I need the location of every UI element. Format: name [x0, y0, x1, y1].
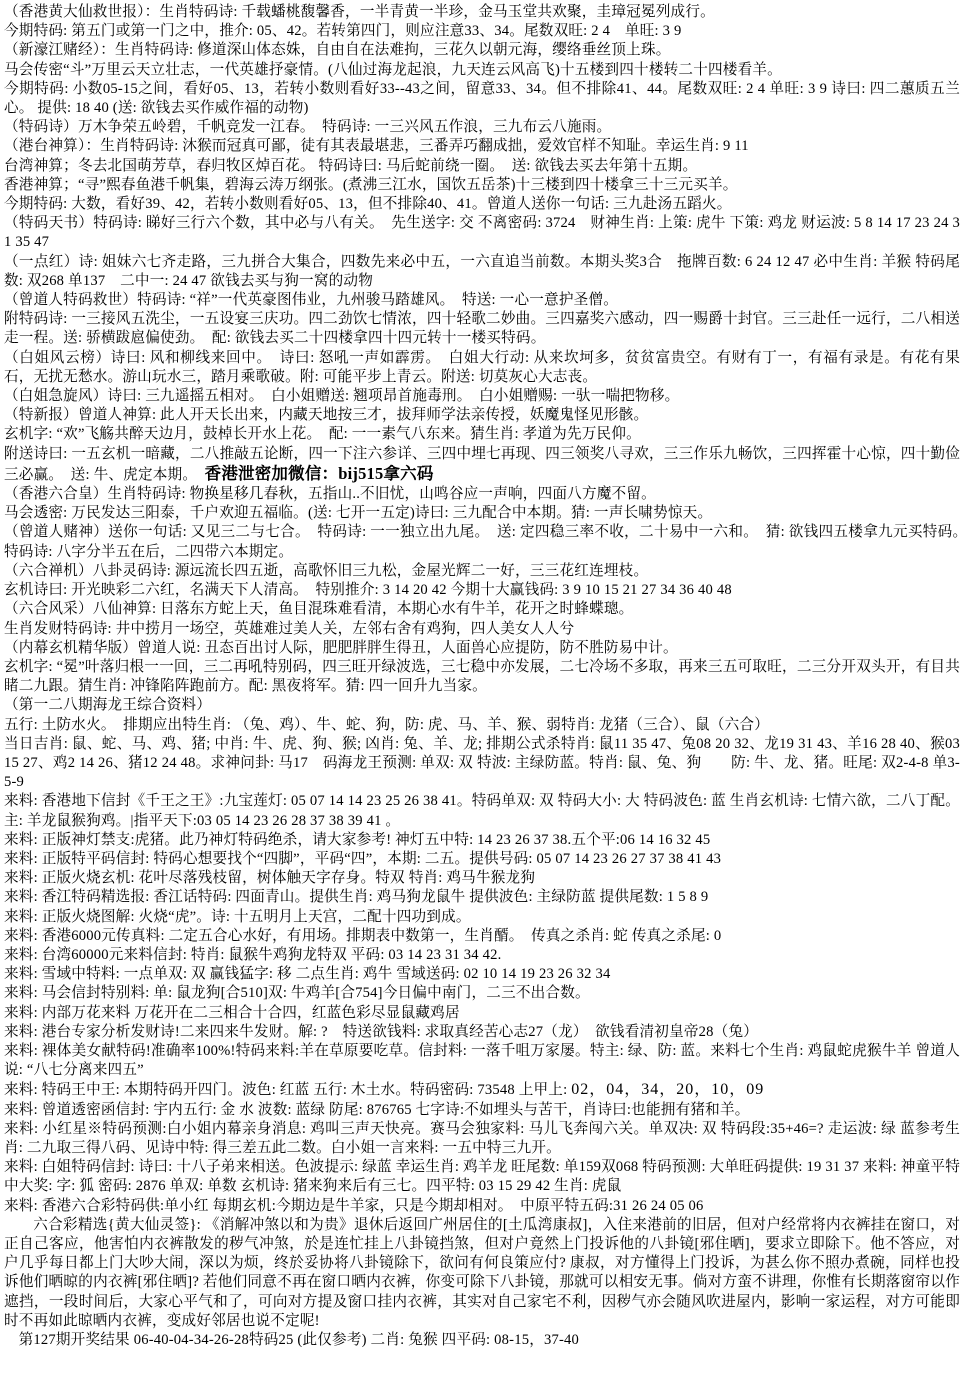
text-segment: （曾道人特码救世）特码诗: “祥”一代英豪图伟业，九州骏马踏雄风。 特送: 一心… — [4, 292, 618, 308]
text-segment: 来料: 香江特码精选报: 香江话特码: 四面青山。提供生肖: 鸡马狗龙鼠牛 提供… — [4, 889, 708, 905]
text-segment: （曾道人赌神）送你一句话: 又见三二与七合。 特码诗: 一一独立出九尾。 送: … — [4, 524, 964, 559]
paragraph: 今期特码: 小数05-15之间，看好05、13，若转小数则看好33--43之间，… — [4, 80, 960, 118]
paragraph: 来料: 台湾60000元来料信封: 特肖: 鼠猴牛鸡狗龙特双 平码: 03 14… — [4, 946, 960, 965]
paragraph: （六合风采）八仙神算: 日落东方蛇上天，鱼目混珠难看清，本期心水有牛羊，花开之时… — [4, 600, 960, 619]
paragraph: 香港神算；“寻”熙春鱼港千帆集，碧海云涛万纲张。(煮沸三江水，国饮五岳茶)十三楼… — [4, 176, 960, 195]
text-segment: 来料: 香港6000元传真料: 二定五合心水好，有用场。排期表中数第一，生肖醑。… — [4, 928, 721, 944]
text-segment: 来料: 港台专家分析发财诗!二来四来牛发财。解: ? 特送欲钱料: 求取真经苦心… — [4, 1024, 758, 1040]
paragraph: 来料: 港台专家分析发财诗!二来四来牛发财。解: ? 特送欲钱料: 求取真经苦心… — [4, 1023, 960, 1042]
text-segment: 来料: 香港地下信封《千王之王》:九宝莲灯: 05 07 14 14 23 25… — [4, 793, 960, 828]
text-segment: 来料: 白姐特码信封: 诗曰: 十八子弟来相送。色波提示: 绿蓝 幸运生肖: 鸡… — [4, 1159, 960, 1194]
text-segment: 台湾神算；冬去北国萌芳草，春归牧区焯百花。 特码诗曰: 马后蛇前绕一圈。 送: … — [4, 158, 697, 174]
paragraph: 今期特码: 第五门或第一门之中，推介: 05、42。若转第四门，则应注意33、3… — [4, 22, 960, 41]
document-body: （香港黄大仙救世报）：生肖特码诗: 千载蟠桃馥馨香，一半青黄一半珍，金马玉堂共欢… — [0, 0, 964, 1350]
paragraph: （六合禅机）八卦灵码诗: 源远流长四五逝，高歌怀旧三九松，金屋光辉二一好，三三花… — [4, 562, 960, 581]
paragraph: 台湾神算；冬去北国萌芳草，春归牧区焯百花。 特码诗曰: 马后蛇前绕一圈。 送: … — [4, 157, 960, 176]
paragraph: （新濠江赌经）：生肖特码诗: 修道深山体态姝，自由自在法难拘，三花久以朝元海，缨… — [4, 41, 960, 60]
paragraph: 第127期开奖结果 06-40-04-34-26-28特码25 (此仅参考) 二… — [4, 1331, 960, 1350]
paragraph: 来料: 内部万花来料 万花开在二三相合十合四，红蓝色彩尽显鼠藏鸡居 — [4, 1004, 960, 1023]
text-segment: 第127期开奖结果 06-40-04-34-26-28特码25 (此仅参考) 二… — [19, 1332, 579, 1348]
paragraph: 马会透密: 万民发达三阳泰，千户欢迎五福临。(送: 七开一五定)诗曰: 三九配合… — [4, 504, 960, 523]
text-segment: 六合彩精选{黄大仙灵签}: 《消解冲煞以和为贵》退休后返回广州居住的[土瓜湾康叔… — [4, 1217, 960, 1329]
text-segment: 生肖发财特码诗: 井中捞月一场空，英雄难过美人关，左邻右舍有鸡狗，四人美女人人兮 — [4, 621, 574, 637]
text-segment: （第一二八期海龙王综合资料） — [4, 697, 211, 713]
text-segment: 今期特码: 小数05-15之间，看好05、13，若转小数则看好33--43之间，… — [4, 81, 960, 116]
paragraph: 来料: 正版特平码信封: 特码心想要找个“四脚”，平码“四”，本期: 二五。提供… — [4, 850, 960, 869]
paragraph: 来料: 香港六合彩特码供:单小红 每期玄机:今期边是牛羊家，只是今期却相对。 中… — [4, 1197, 960, 1216]
paragraph: 来料: 裸体美女献特码!准确率100%!特码来料:羊在草原要吃草。信封料: 一落… — [4, 1042, 960, 1080]
paragraph: 来料: 香江特码精选报: 香江话特码: 四面青山。提供生肖: 鸡马狗龙鼠牛 提供… — [4, 888, 960, 907]
paragraph: 来料: 香港6000元传真料: 二定五合心水好，有用场。排期表中数第一，生肖醑。… — [4, 927, 960, 946]
text-segment: 来料: 正版火烧图解: 火烧“虎”。诗: 十五明月上天宫，二配十四功到成。 — [4, 909, 471, 925]
paragraph: 玄机诗曰: 开光映彩二六红，名满天下人清高。 特别推介: 3 14 20 42 … — [4, 581, 960, 600]
text-segment: 来料: 马会信封特别料: 单: 鼠龙狗[合510]双: 牛鸡羊[合754]今日偏… — [4, 985, 590, 1001]
paragraph: 来料: 白姐特码信封: 诗曰: 十八子弟来相送。色波提示: 绿蓝 幸运生肖: 鸡… — [4, 1158, 960, 1196]
text-segment: （六合风采）八仙神算: 日落东方蛇上天，鱼目混珠难看清，本期心水有牛羊，花开之时… — [4, 601, 633, 617]
text-segment: （港台神算）：生肖特码诗: 沐猴而冠真可鄙，徒有其表最堪悲，三番弄巧翻成拙，爱效… — [4, 138, 749, 154]
paragraph: 来料: 香港地下信封《千王之王》:九宝莲灯: 05 07 14 14 23 25… — [4, 792, 960, 830]
text-segment: 马会透密: 万民发达三阳泰，千户欢迎五福临。(送: 七开一五定)诗曰: 三九配合… — [4, 505, 712, 521]
paragraph: （一点红）诗: 姐妹六七齐走路，三九拼合大集合，四数先来必中五，一六直追当前数。… — [4, 253, 960, 291]
paragraph: （内幕玄机精华版）曾道人说: 丑态百出讨人际，肥肥胖胖生得丑，人面兽心应提防，防… — [4, 639, 960, 658]
text-segment: （特新报）曾道人神算: 此人开天长出来，内藏天地按三才，拔拜师学法亲传授，妖魔鬼… — [4, 407, 648, 423]
text-segment: 玄机字: “冕”叶落归根一一回，三二再吼特别码，四三旺开绿波选，三七稳中亦发展，… — [4, 659, 960, 694]
text-segment: 当日吉肖: 鼠、蛇、马、鸡、猪; 中肖: 牛、虎、狗、猴; 凶肖: 兔、羊、龙;… — [4, 736, 960, 790]
text-segment: （特码天书）特码诗: 睇好三行六个数，其中必与八有关。 先生送字: 交 不离密码… — [4, 215, 960, 250]
text-segment: 来料: 小红星※特码预测:白小姐内幕亲身消息: 鸡叫三声天快亮。赛马会独家料: … — [4, 1121, 960, 1156]
text-segment: 五行: 土防水火。 排期应出特生肖: （兔、鸡）、牛、蛇、狗，防: 虎、马、羊、… — [4, 717, 769, 733]
paragraph: （特新报）曾道人神算: 此人开天长出来，内藏天地按三才，拔拜师学法亲传授，妖魔鬼… — [4, 406, 960, 425]
paragraph: 来料: 曾道透密函信封: 宇内五行: 金 水 波数: 蓝绿 防尾: 876765… — [4, 1101, 960, 1120]
text-segment: （白姐风云榜）诗曰: 风和柳线来回中。 诗曰: 怒吼一声如霹雳。 白姐大行动: … — [4, 350, 960, 385]
text-segment: （新濠江赌经）：生肖特码诗: 修道深山体态姝，自由自在法难拘，三花久以朝元海，缨… — [4, 42, 671, 58]
paragraph: 来料: 特码王中王: 本期特码开四门。波色: 红蓝 五行: 木土水。特码密码: … — [4, 1080, 960, 1100]
paragraph: 附特码诗: 一三接风五洗尘，一五设宴三庆功。四二劲饮七情浓，四十轻歌二妙曲。三四… — [4, 310, 960, 348]
text-segment: 来料: 雪域中特料: 一点单双: 双 赢钱猛字: 移 二点生肖: 鸡牛 雪域送码… — [4, 966, 611, 982]
paragraph: 附送诗曰: 一五玄机一暗藏，二八推敲五论断，四一下注六参详、三四中埋七再现、四三… — [4, 445, 960, 485]
paragraph: 来料: 正版火烧玄机: 花叶尽落残枝留，树体触天字存身。特双 特肖: 鸡马牛猴龙… — [4, 869, 960, 888]
paragraph: （香港六合皇）生肖特码诗: 物换星移几春秋，五指山..不旧忧，山鸣谷应一声响，四… — [4, 485, 960, 504]
paragraph: （曾道人赌神）送你一句话: 又见三二与七合。 特码诗: 一一独立出九尾。 送: … — [4, 523, 960, 561]
text-segment: 香港神算；“寻”熙春鱼港千帆集，碧海云涛万纲张。(煮沸三江水，国饮五岳茶)十三楼… — [4, 177, 738, 193]
text-segment: 来料: 裸体美女献特码!准确率100%!特码来料:羊在草原要吃草。信封料: 一落… — [4, 1043, 960, 1078]
text-segment: （六合禅机）八卦灵码诗: 源远流长四五逝，高歌怀旧三九松，金屋光辉二一好，三三花… — [4, 563, 648, 579]
paragraph: （特码天书）特码诗: 睇好三行六个数，其中必与八有关。 先生送字: 交 不离密码… — [4, 214, 960, 252]
text-segment: （内幕玄机精华版）曾道人说: 丑态百出讨人际，肥肥胖胖生得丑，人面兽心应提防，防… — [4, 640, 678, 656]
text-segment: 附送诗曰: 一五玄机一暗藏，二八推敲五论断，四一下注六参详、三四中埋七再现、四三… — [4, 446, 960, 483]
paragraph: 今期特码: 大数，看好39、42，若转小数则看好05、13，但不排除40、41。… — [4, 195, 960, 214]
paragraph: 玄机字: “欢”飞觞共醉天边月，鼓棹长开水上花。 配: 一一素气八东来。猜生肖:… — [4, 425, 960, 444]
paragraph: 玄机字: “冕”叶落归根一一回，三二再吼特别码，四三旺开绿波选，三七稳中亦发展，… — [4, 658, 960, 696]
text-segment: 来料: 香港六合彩特码供:单小红 每期玄机:今期边是牛羊家，只是今期却相对。 中… — [4, 1198, 704, 1214]
text-segment: 来料: 特码王中王: 本期特码开四门。波色: 红蓝 五行: 木土水。特码密码: … — [4, 1082, 571, 1098]
text-segment: 来料: 正版神灯禁支:虎猪。此乃神灯特码绝杀，请大家参考! 神灯五中特: 14 … — [4, 832, 710, 848]
paragraph: 生肖发财特码诗: 井中捞月一场空，英雄难过美人关，左邻右舍有鸡狗，四人美女人人兮 — [4, 620, 960, 639]
text-segment: 来料: 正版特平码信封: 特码心想要找个“四脚”，平码“四”，本期: 二五。提供… — [4, 851, 721, 867]
text-segment: 附特码诗: 一三接风五洗尘，一五设宴三庆功。四二劲饮七情浓，四十轻歌二妙曲。三四… — [4, 311, 960, 346]
text-segment: 今期特码: 大数，看好39、42，若转小数则看好05、13，但不排除40、41。… — [4, 196, 732, 212]
text-segment: 今期特码: 第五门或第一门之中，推介: 05、42。若转第四门，则应注意33、3… — [4, 23, 681, 39]
text-segment: 来料: 台湾60000元来料信封: 特肖: 鼠猴牛鸡狗龙特双 平码: 03 14… — [4, 947, 501, 963]
paragraph: 来料: 小红星※特码预测:白小姐内幕亲身消息: 鸡叫三声天快亮。赛马会独家料: … — [4, 1120, 960, 1158]
text-segment: 来料: 内部万花来料 万花开在二三相合十合四，红蓝色彩尽显鼠藏鸡居 — [4, 1005, 460, 1021]
text-segment: 来料: 曾道透密函信封: 宇内五行: 金 水 波数: 蓝绿 防尾: 876765… — [4, 1102, 750, 1118]
paragraph: （第一二八期海龙王综合资料） — [4, 696, 960, 715]
paragraph: （港台神算）：生肖特码诗: 沐猴而冠真可鄙，徒有其表最堪悲，三番弄巧翻成拙，爱效… — [4, 137, 960, 156]
paragraph: （香港黄大仙救世报）：生肖特码诗: 千载蟠桃馥馨香，一半青黄一半珍，金马玉堂共欢… — [4, 3, 960, 22]
paragraph: （白姐风云榜）诗曰: 风和柳线来回中。 诗曰: 怒吼一声如霹雳。 白姐大行动: … — [4, 349, 960, 387]
text-segment: 02，04，34，20，10，09 — [571, 1081, 764, 1098]
paragraph: （曾道人特码救世）特码诗: “祥”一代英豪图伟业，九州骏马踏雄风。 特送: 一心… — [4, 291, 960, 310]
text-segment: 来料: 正版火烧玄机: 花叶尽落残枝留，树体触天字存身。特双 特肖: 鸡马牛猴龙… — [4, 870, 535, 886]
paragraph: 六合彩精选{黄大仙灵签}: 《消解冲煞以和为贵》退休后返回广州居住的[土瓜湾康叔… — [4, 1216, 960, 1331]
paragraph: 当日吉肖: 鼠、蛇、马、鸡、猪; 中肖: 牛、虎、狗、猴; 凶肖: 兔、羊、龙;… — [4, 735, 960, 793]
text-segment: （香港黄大仙救世报）：生肖特码诗: 千载蟠桃馥馨香，一半青黄一半珍，金马玉堂共欢… — [4, 4, 715, 20]
text-segment: （白姐急旋风）诗曰: 三九遥摇五相对。 白小姐赠送: 翘项昂首施毒刑。 白小姐赠… — [4, 388, 679, 404]
text-segment: （香港六合皇）生肖特码诗: 物换星移几春秋，五指山..不旧忧，山鸣谷应一声响，四… — [4, 486, 656, 502]
paragraph: 来料: 正版神灯禁支:虎猪。此乃神灯特码绝杀，请大家参考! 神灯五中特: 14 … — [4, 831, 960, 850]
paragraph: 来料: 正版火烧图解: 火烧“虎”。诗: 十五明月上天宫，二配十四功到成。 — [4, 908, 960, 927]
text-segment: 玄机字: “欢”飞觞共醉天边月，鼓棹长开水上花。 配: 一一素气八东来。猜生肖:… — [4, 426, 641, 442]
text-segment: 玄机诗曰: 开光映彩二六红，名满天下人清高。 特别推介: 3 14 20 42 … — [4, 582, 732, 598]
paragraph: （特码诗）万木争荣五岭碧，千帆竞发一江春。 特码诗: 一三兴风五作浪，三九布云八… — [4, 118, 960, 137]
paragraph: （白姐急旋风）诗曰: 三九遥摇五相对。 白小姐赠送: 翘项昂首施毒刑。 白小姐赠… — [4, 387, 960, 406]
text-segment: 马会传密“斗”万里云天立壮志，一代英雄抒豪情。(八仙过海龙起浪，九天连云风高飞)… — [4, 62, 782, 78]
paragraph: 来料: 雪域中特料: 一点单双: 双 赢钱猛字: 移 二点生肖: 鸡牛 雪域送码… — [4, 965, 960, 984]
text-segment: （一点红）诗: 姐妹六七齐走路，三九拼合大集合，四数先来必中五，一六直追当前数。… — [4, 254, 960, 289]
highlighted-contact-text: 香港泄密加微信：bij515拿六码 — [205, 464, 434, 483]
paragraph: 来料: 马会信封特别料: 单: 鼠龙狗[合510]双: 牛鸡羊[合754]今日偏… — [4, 984, 960, 1003]
paragraph: 五行: 土防水火。 排期应出特生肖: （兔、鸡）、牛、蛇、狗，防: 虎、马、羊、… — [4, 716, 960, 735]
paragraph: 马会传密“斗”万里云天立壮志，一代英雄抒豪情。(八仙过海龙起浪，九天连云风高飞)… — [4, 61, 960, 80]
text-segment: （特码诗）万木争荣五岭碧，千帆竞发一江春。 特码诗: 一三兴风五作浪，三九布云八… — [4, 119, 611, 135]
